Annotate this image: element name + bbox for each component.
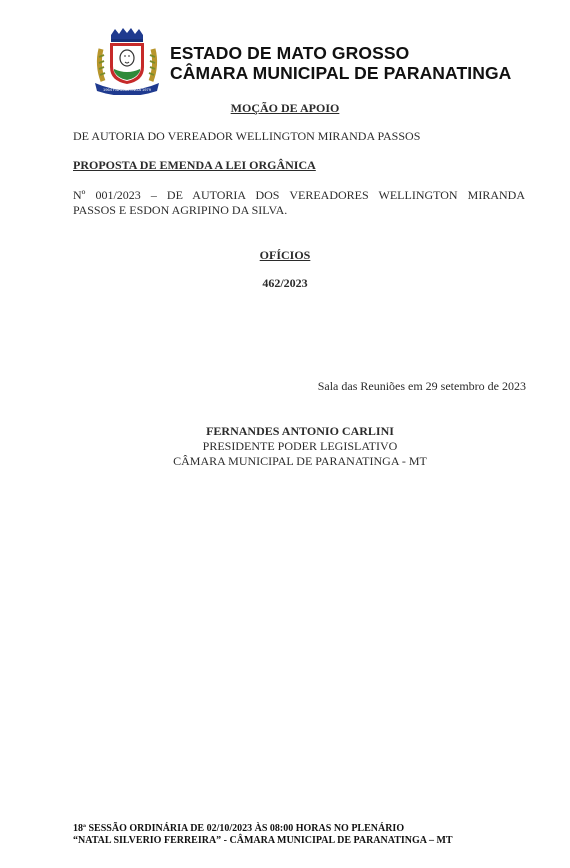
proposta-text-line2: PASSOS E ESDON AGRIPINO DA SILVA. [73,203,287,218]
footer-plenary: “NATAL SILVERIO FERREIRA” - CÂMARA MUNIC… [73,835,453,847]
section-title-proposta: PROPOSTA DE EMENDA A LEI ORGÂNICA [73,158,316,173]
place-date: Sala das Reuniões em 29 setembro de 2023 [318,379,526,394]
section-title-mocao: MOÇÃO DE APOIO [0,101,570,116]
oficio-number: 462/2023 [0,276,570,291]
header-state: ESTADO DE MATO GROSSO [170,43,409,64]
signer-role: PRESIDENTE PODER LEGISLATIVO [150,439,450,454]
header-chamber: CÂMARA MUNICIPAL DE PARANATINGA [170,63,511,84]
mocao-text: DE AUTORIA DO VEREADOR WELLINGTON MIRAND… [73,129,420,144]
svg-text:1964 PARANATINGA 1979: 1964 PARANATINGA 1979 [103,87,152,92]
footer-session: 18ª SESSÃO ORDINÁRIA DE 02/10/2023 ÀS 08… [73,823,404,835]
proposta-text-line1: Nº 001/2023 – DE AUTORIA DOS VEREADORES … [73,188,525,203]
section-title-oficios: OFÍCIOS [0,248,570,263]
signer-org: CÂMARA MUNICIPAL DE PARANATINGA - MT [150,454,450,469]
signer-name: FERNANDES ANTONIO CARLINI [150,424,450,439]
coat-of-arms-icon: 1964 PARANATINGA 1979 [93,27,161,95]
